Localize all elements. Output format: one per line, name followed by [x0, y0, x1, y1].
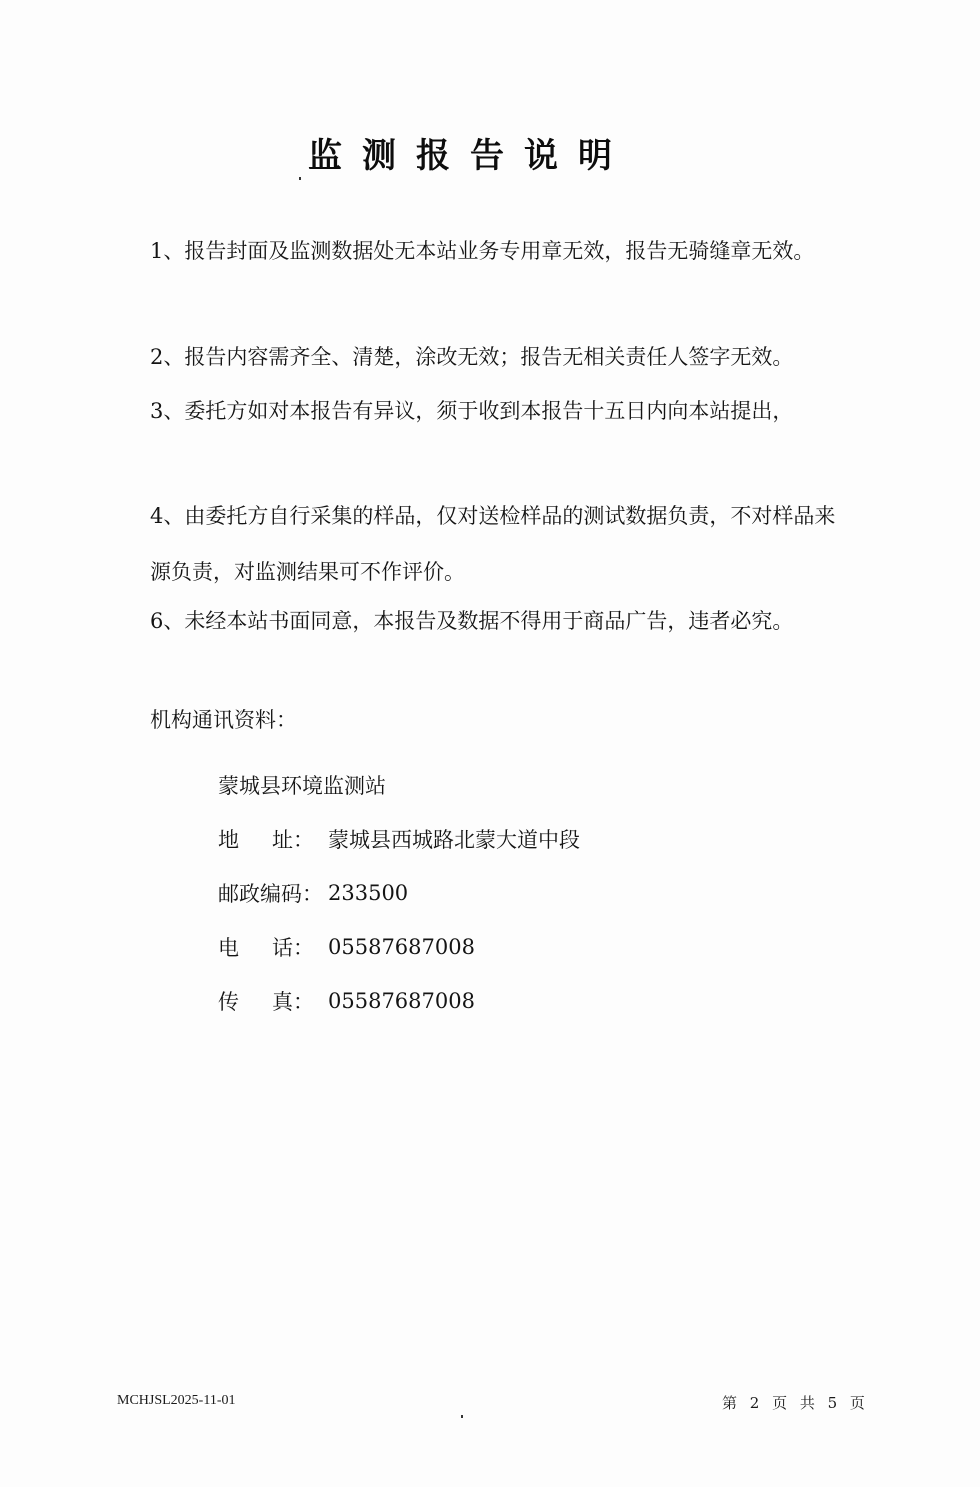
item-number: 1、 — [150, 239, 184, 263]
phone-row: 电话： 05587687008 — [218, 920, 580, 974]
address-label: 地址： — [218, 824, 328, 854]
contact-heading: 机构通讯资料： — [150, 704, 297, 734]
item-number: 6、 — [150, 609, 184, 633]
address-row: 地址： 蒙城县西城路北蒙大道中段 — [218, 812, 580, 866]
address-value: 蒙城县西城路北蒙大道中段 — [328, 824, 580, 854]
fax-label: 传真： — [218, 986, 328, 1016]
fax-row: 传真： 05587687008 — [218, 974, 580, 1028]
organization-row: 蒙城县环境监测站 — [218, 758, 580, 812]
item-2: 2、报告内容需齐全、清楚，涂改无效；报告无相关责任人签字无效。 — [150, 329, 840, 385]
item-text: 报告内容需齐全、清楚，涂改无效；报告无相关责任人签字无效。 — [184, 345, 793, 369]
item-number: 2、 — [150, 345, 184, 369]
scan-speck — [461, 1415, 463, 1418]
report-code: MCHJSL2025-11-01 — [117, 1393, 236, 1409]
item-4: 4、由委托方自行采集的样品，仅对送检样品的测试数据负责，不对样品来源负责，对监测… — [150, 488, 840, 600]
item-text: 未经本站书面同意，本报告及数据不得用于商品广告，违者必究。 — [184, 609, 793, 633]
postcode-value: 233500 — [328, 881, 408, 905]
postcode-label: 邮政编码： — [218, 878, 328, 908]
item-number: 4、 — [150, 504, 184, 528]
contact-info: 蒙城县环境监测站 地址： 蒙城县西城路北蒙大道中段 邮政编码： 233500 电… — [218, 758, 580, 1028]
item-text: 报告封面及监测数据处无本站业务专用章无效，报告无骑缝章无效。 — [184, 239, 814, 263]
item-1: 1、报告封面及监测数据处无本站业务专用章无效，报告无骑缝章无效。 — [150, 223, 840, 279]
phone-value: 05587687008 — [328, 935, 475, 959]
organization-name: 蒙城县环境监测站 — [218, 770, 386, 800]
page-number: 第 2 页 共 5 页 — [722, 1392, 869, 1413]
fax-value: 05587687008 — [328, 989, 475, 1013]
scan-speck — [299, 177, 301, 180]
item-number: 3、 — [150, 399, 184, 423]
item-6: 6、未经本站书面同意，本报告及数据不得用于商品广告，违者必究。 — [150, 593, 840, 649]
item-text: 委托方如对本报告有异议，须于收到本报告十五日内向本站提出， — [184, 399, 793, 423]
document-title: 监测报告说明 — [0, 128, 940, 177]
postcode-row: 邮政编码： 233500 — [218, 866, 580, 920]
phone-label: 电话： — [218, 932, 328, 962]
item-text: 由委托方自行采集的样品，仅对送检样品的测试数据负责，不对样品来源负责，对监测结果… — [150, 504, 835, 584]
document-page: 监测报告说明 1、报告封面及监测数据处无本站业务专用章无效，报告无骑缝章无效。 … — [0, 0, 980, 1487]
item-3: 3、委托方如对本报告有异议，须于收到本报告十五日内向本站提出， — [150, 383, 840, 439]
